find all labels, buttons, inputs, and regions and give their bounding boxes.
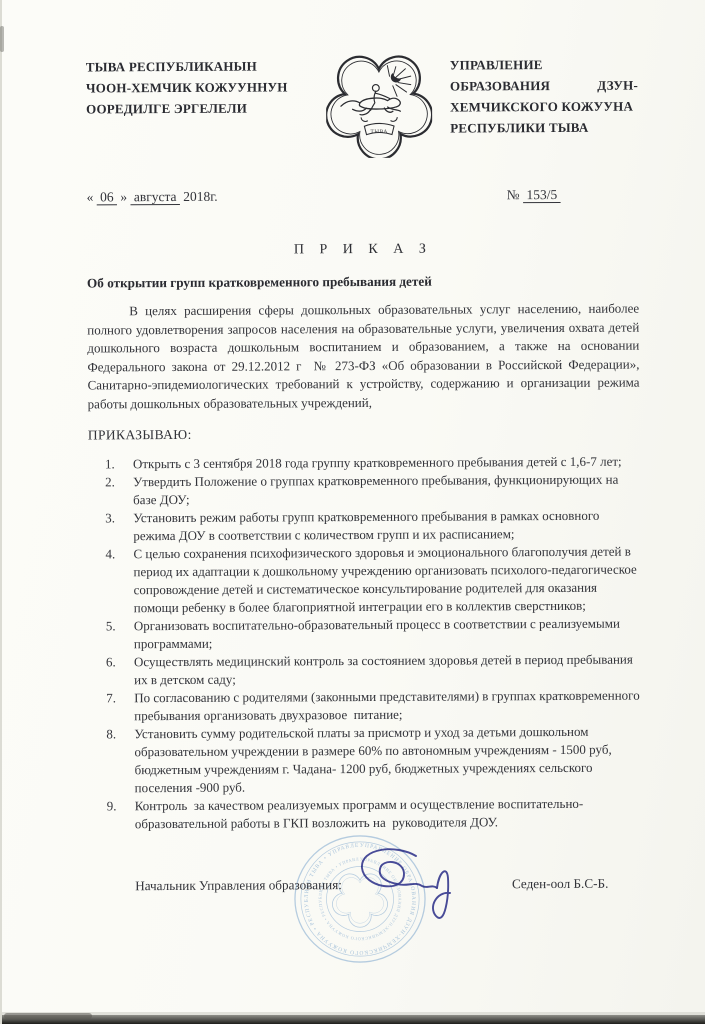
scan-speck — [0, 26, 4, 52]
order-title: П Р И К А З — [87, 241, 639, 260]
tyva-coat-of-arms-icon: ТЫВА — [326, 52, 433, 159]
date-day: 06 — [97, 189, 117, 204]
scan-blob — [4, 1013, 92, 1019]
order-item-6: Осуществлять медицинский контроль за сос… — [134, 651, 641, 690]
org-right-line: РЕСПУБЛИКИ ТЫВА — [450, 117, 638, 139]
order-item-3: Установить режим работы групп кратковрем… — [133, 507, 640, 546]
order-number-value: 153/5 — [523, 187, 561, 202]
org-name-russian: УПРАВЛЕНИЕ ОБРАЗОВАНИЯ ДЗУН- ХЕМЧИКСКОГО… — [450, 54, 638, 139]
order-item-9: Контроль за качеством реализуемых програ… — [135, 795, 642, 834]
handwritten-signature-icon — [332, 842, 466, 936]
order-items-list: Открыть с 3 сентября 2018 года группу кр… — [88, 453, 642, 834]
org-right-line: ОБРАЗОВАНИЯ ДЗУН- — [450, 75, 638, 97]
date-year: 2018г. — [180, 189, 218, 204]
order-item-2: Утвердить Положение о группах кратковрем… — [133, 471, 640, 510]
order-item-7: По согласованию с родителями (законными … — [134, 687, 641, 726]
org-left-line: ЧООН-ХЕМЧИК КОЖУУННУН — [86, 76, 308, 98]
org-left-line: ТЫВА РЕСПУБЛИКАНЫН — [86, 55, 308, 77]
date-number-row: « 06 » августа 2018г. № 153/5 — [87, 187, 639, 206]
horse-icon — [341, 98, 400, 115]
quote-close: » — [117, 189, 131, 204]
preamble-paragraph: В целях расширения сферы дошкольных обра… — [87, 300, 640, 414]
scanned-order-document: ТЫВА РЕСПУБЛИКАНЫН ЧООН-ХЕМЧИК КОЖУУННУН… — [0, 0, 705, 1024]
order-item-5: Организовать воспитательно-образовательн… — [134, 615, 641, 654]
order-item-4: С целью сохранения психофизического здор… — [133, 543, 640, 618]
document-content: ТЫВА РЕСПУБЛИКАНЫН ЧООН-ХЕМЧИК КОЖУУННУН… — [86, 45, 642, 895]
order-subject: Об открытии групп кратковременного пребы… — [87, 273, 639, 292]
scan-edge-left — [0, 0, 2, 1024]
date-month: августа — [130, 189, 180, 204]
order-number-field: № 153/5 — [507, 187, 639, 204]
order-item-8: Установить сумму родительской платы за п… — [134, 723, 641, 798]
rider-icon — [371, 85, 390, 111]
org-right-line: УПРАВЛЕНИЕ — [450, 54, 638, 76]
quote-open: « — [87, 189, 97, 204]
resolution-word: ПРИКАЗЫВАЮ: — [88, 425, 640, 444]
emblem-banner-text: ТЫВА — [370, 129, 387, 135]
date-field: « 06 » августа 2018г. — [87, 189, 218, 206]
scan-edge-bottom — [0, 1015, 705, 1024]
signer-name: Седен-оол Б.С-Б. — [512, 876, 609, 893]
org-name-tuvan: ТЫВА РЕСПУБЛИКАНЫН ЧООН-ХЕМЧИК КОЖУУННУН… — [86, 55, 308, 119]
org-left-line: ООРЕДИЛГЕ ЭРГЕЛЕЛИ — [86, 97, 308, 119]
org-right-line: ХЕМЧИКСКОГО КОЖУУНА — [450, 96, 638, 118]
letterhead: ТЫВА РЕСПУБЛИКАНЫН ЧООН-ХЕМЧИК КОЖУУННУН… — [86, 45, 639, 160]
sun-icon — [387, 66, 410, 97]
number-sign: № — [507, 187, 523, 202]
